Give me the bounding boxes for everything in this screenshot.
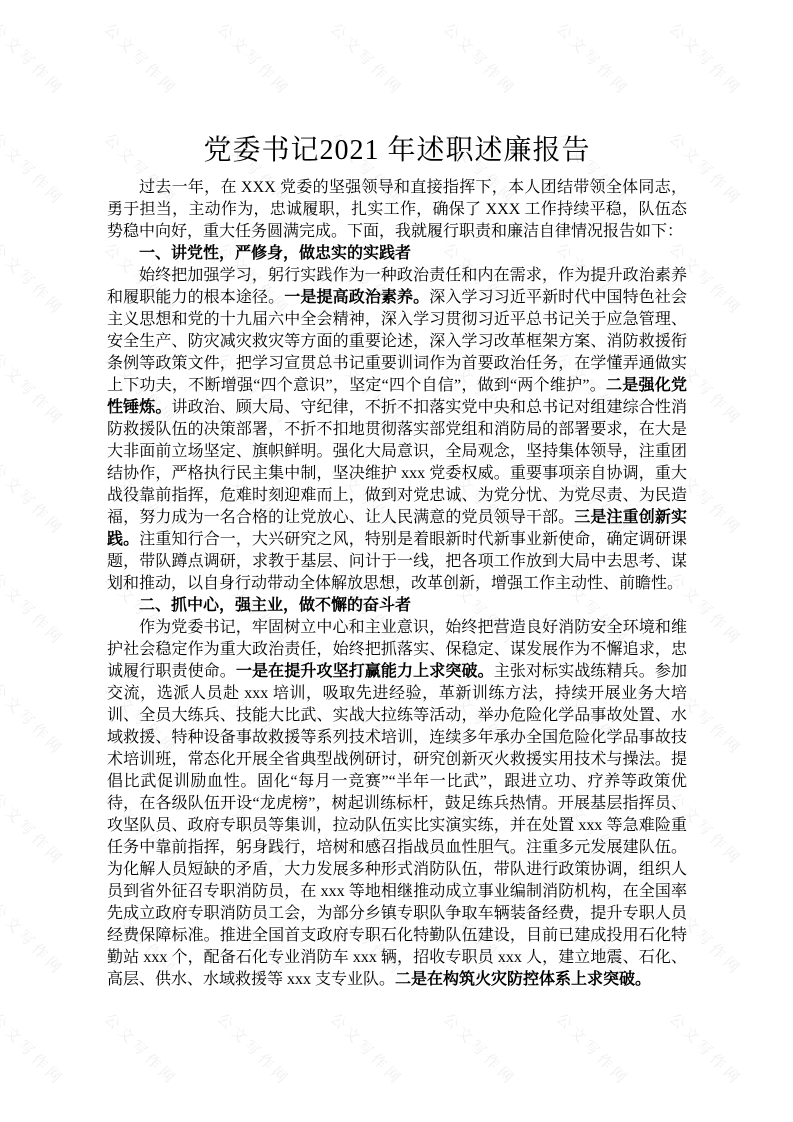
text-run: 注重知行合一，大兴研究之风，特别是着眼新时代新事业新使命，确定调研课题，带队蹲点… bbox=[107, 531, 687, 592]
emphasis-run: 一是提高政治素养。 bbox=[284, 289, 429, 306]
paragraph-intro: 过去一年，在 XXX 党委的坚强领导和直接指挥下，本人团结带领全体同志，勇于担当… bbox=[107, 177, 687, 243]
emphasis-run: 一、讲党性，严修身，做忠实的实践者 bbox=[139, 245, 411, 262]
emphasis-run: 一是在提升攻坚打赢能力上求突破。 bbox=[236, 663, 494, 680]
text-run: 过去一年，在 XXX 党委的坚强领导和直接指挥下，本人团结带领全体同志，勇于担当… bbox=[107, 179, 687, 240]
watermark-text: 公文写作网 bbox=[100, 1008, 182, 1090]
paragraph-section-2: 作为党委书记，牢固树立中心和主业意识，始终把营造良好消防安全环境和维护社会稳定作… bbox=[107, 617, 687, 991]
document-title: 党委书记2021 年述职述廉报告 bbox=[107, 131, 687, 171]
watermark-text: 公文写作网 bbox=[326, 1008, 408, 1090]
emphasis-run: 二是在构筑火灾防控体系上求突破。 bbox=[395, 971, 651, 988]
document-body: 党委书记2021 年述职述廉报告 过去一年，在 XXX 党委的坚强领导和直接指挥… bbox=[0, 0, 793, 991]
watermark-text: 公文写作网 bbox=[213, 1008, 295, 1090]
section-heading-2: 二、抓中心，强主业，做不懈的奋斗者 bbox=[107, 595, 687, 617]
watermark-text: 公文写作网 bbox=[439, 1008, 521, 1090]
text-run: 主张对标实战练精兵。参加交流，选派人员赴 xxx 培训，吸取先进经验，革新训练方… bbox=[107, 663, 687, 988]
watermark-text: 公文写作网 bbox=[0, 1008, 69, 1090]
document-page: 公文写作网公文写作网公文写作网公文写作网公文写作网公文写作网公文写作网公文写作网… bbox=[0, 0, 793, 1122]
section-heading-1: 一、讲党性，严修身，做忠实的实践者 bbox=[107, 243, 687, 265]
text-run: 讲政治、顾大局、守纪律，不折不扣落实党中央和总书记对组建综合性消防救援队伍的决策… bbox=[107, 399, 687, 526]
watermark-text: 公文写作网 bbox=[665, 1008, 747, 1090]
watermark-text: 公文写作网 bbox=[552, 1008, 634, 1090]
emphasis-run: 二、抓中心，强主业，做不懈的奋斗者 bbox=[139, 597, 411, 614]
paragraph-section-1: 始终把加强学习，躬行实践作为一种政治责任和内在需求，作为提升政治素养和履职能力的… bbox=[107, 265, 687, 595]
